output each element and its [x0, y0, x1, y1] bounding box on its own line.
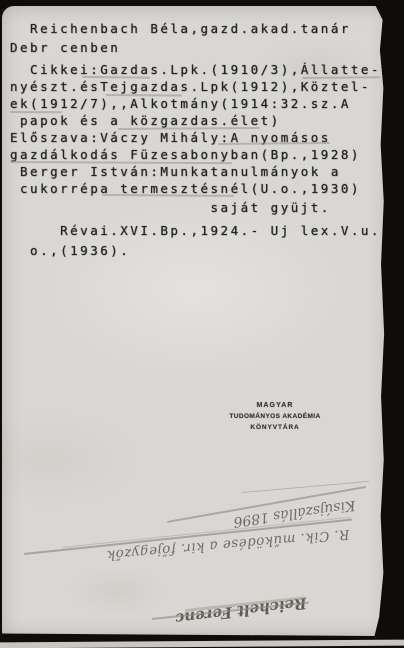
library-stamp: MAGYAR TUDOMÁNYOS AKADÉMIA KÖNYVTÁRA — [219, 400, 331, 433]
library-stamp-line3: KÖNYVTÁRA — [219, 422, 331, 433]
typed-line: Reichenbach Béla,gazd.akad.tanár — [10, 19, 351, 38]
catalog-card: Reichenbach Béla,gazd.akad.tanárDebr cen… — [2, 6, 388, 636]
typed-line: Révai.XVI.Bp.,1924.- Uj lex.V.u. — [10, 221, 381, 241]
card-references: Révai.XVI.Bp.,1924.- Uj lex.V.u. o.,(193… — [10, 221, 381, 261]
pencil-stroke — [242, 481, 370, 493]
typed-line: Cikkei:Gazdas.Lpk.(1910/3),Állatte- — [10, 61, 381, 78]
card-attribution: saját gyüjt. — [10, 199, 331, 216]
photo-backdrop: Reichenbach Béla,gazd.akad.tanárDebr cen… — [0, 0, 404, 648]
library-stamp-line1: MAGYAR — [219, 400, 331, 411]
pencil-underline — [10, 111, 62, 113]
typed-line: Berger István:Munkatanulmányok a — [10, 163, 381, 180]
under-card-edge — [0, 640, 404, 648]
typed-line: Debr cenben — [10, 38, 351, 57]
library-stamp-line2: TUDOMÁNYOS AKADÉMIA — [219, 411, 331, 422]
card-heading: Reichenbach Béla,gazd.akad.tanárDebr cen… — [10, 19, 351, 57]
typed-line: ek(1912/7),,Alkotmány(1914:32.sz.A — [10, 95, 381, 112]
typed-line: o.,(1936). — [10, 241, 381, 261]
typed-line: papok és a közgazdas.élet) — [10, 112, 381, 129]
typed-line: nyészt.ésTejgazdas.Lpk(1912),Köztel- — [10, 78, 381, 95]
